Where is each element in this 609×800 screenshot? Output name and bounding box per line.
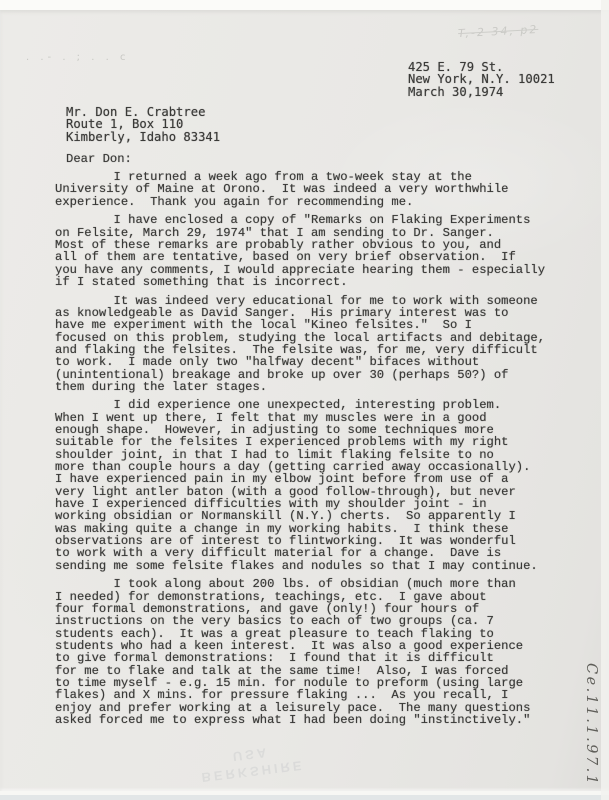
letter-paragraph: I took along about 200 lbs. of obsidian … [55,578,555,726]
letter-paper: . .- . ; . . c T,-2 34, p2 425 E. 79 St.… [0,10,609,791]
scan-edge-bottom [0,795,609,800]
scan-edge-top [0,0,609,10]
scan-edge-right [601,0,609,800]
letter-paragraph: It was indeed very educational for me to… [55,295,555,394]
recipient-address-block: Mr. Don E. Crabtree Route 1, Box 110 Kim… [66,106,220,143]
sender-address-block: 425 E. 79 St. New York, N.Y. 10021 March… [408,61,555,98]
salutation: Dear Don: [66,153,132,165]
letter-body: I returned a week ago from a two-week st… [55,171,555,733]
pencil-scribble-annotation: T,-2 34, p2 [458,21,579,40]
paper-watermark: BERKSHIRE USA [190,739,313,787]
scanned-letter-page: . .- . ; . . c T,-2 34, p2 425 E. 79 St.… [0,0,609,800]
letter-paragraph: I did experience one unexpected, interes… [55,399,555,572]
letter-paragraph: I have enclosed a copy of "Remarks on Fl… [55,214,555,288]
catalog-number-annotation: Ce.11.1.97.1 [583,663,599,786]
pencil-smudge: . .- . ; . . c [26,52,116,63]
letter-paragraph: I returned a week ago from a two-week st… [55,171,555,208]
